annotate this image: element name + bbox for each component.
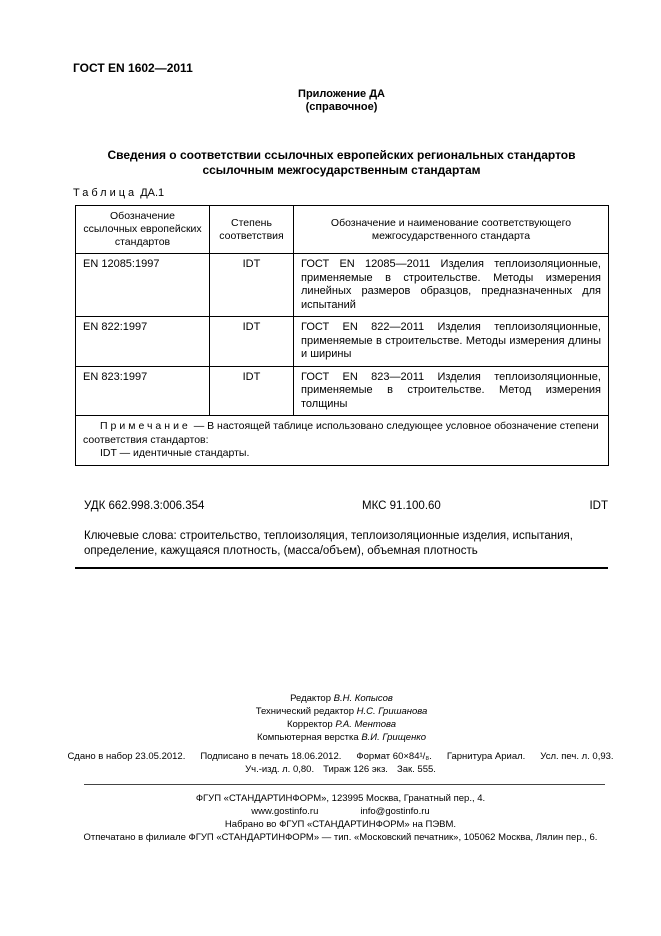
print-info-item: Гарнитура Ариал. bbox=[447, 751, 525, 762]
print-info-line-2: Уч.-изд. л. 0,80. Тираж 126 экз. Зак. 55… bbox=[60, 764, 621, 775]
print-info-item: Подписано в печать 18.06.2012. bbox=[200, 751, 341, 762]
publisher-email: info@gostinfo.ru bbox=[360, 805, 429, 818]
header-gost-standard: Обозначение и наименование соответствующ… bbox=[294, 206, 609, 254]
print-info-item: Формат 60×84¹/₈. bbox=[356, 751, 431, 762]
colophon-staff: Редактор В.Н. Копысов Технический редакт… bbox=[75, 692, 608, 744]
horizontal-rule bbox=[84, 784, 605, 785]
publisher-printed: Отпечатано в филиале ФГУП «СТАНДАРТИНФОР… bbox=[60, 831, 621, 844]
eu-standard-cell: EN 12085:1997 bbox=[76, 254, 210, 317]
eu-standard-cell: EN 823:1997 bbox=[76, 366, 210, 416]
publisher-website: www.gostinfo.ru bbox=[251, 805, 318, 818]
doc-code: ГОСТ EN 1602—2011 bbox=[73, 61, 193, 75]
print-info-line-1: Сдано в набор 23.05.2012. Подписано в пе… bbox=[60, 751, 621, 762]
table-note-cell: Примечание — В настоящей таблице использ… bbox=[76, 416, 609, 466]
correspondence-table: Обозначение ссылочных европейских станда… bbox=[75, 205, 609, 466]
gost-standard-cell: ГОСТ EN 12085—2011 Изделия теплоизоляцио… bbox=[294, 254, 609, 317]
appendix-heading: Приложение ДА (справочное) bbox=[75, 88, 608, 114]
table-label-word: Таблица bbox=[73, 187, 137, 199]
header-degree: Степень соответствия bbox=[210, 206, 294, 254]
gost-standard-cell: ГОСТ EN 822—2011 Изделия теплоизоляционн… bbox=[294, 317, 609, 367]
staff-name: Р.А. Ментова bbox=[335, 719, 396, 730]
staff-line: Компьютерная верстка В.И. Грищенко bbox=[75, 731, 608, 744]
table-row: EN 12085:1997 IDT ГОСТ EN 12085—2011 Изд… bbox=[76, 254, 609, 317]
classification-line: УДК 662.998.3:006.354 МКС 91.100.60 IDT bbox=[84, 500, 608, 512]
mks-code: МКС 91.100.60 bbox=[362, 500, 441, 512]
table-label: Таблица ДА.1 bbox=[73, 187, 164, 199]
degree-cell: IDT bbox=[210, 317, 294, 367]
publisher-block: ФГУП «СТАНДАРТИНФОРМ», 123995 Москва, Гр… bbox=[60, 792, 621, 844]
staff-role: Компьютерная верстка bbox=[257, 732, 359, 743]
print-info-item: Уч.-изд. л. 0,80. bbox=[245, 764, 314, 775]
print-info-item: Тираж 126 экз. bbox=[323, 764, 388, 775]
note-item: IDT — идентичные стандарты. bbox=[83, 447, 601, 461]
degree-cell: IDT bbox=[210, 254, 294, 317]
document-page: ГОСТ EN 1602—2011 Приложение ДА (справоч… bbox=[0, 0, 661, 936]
appendix-title: Приложение ДА bbox=[75, 88, 608, 101]
header-eu-standards: Обозначение ссылочных европейских станда… bbox=[76, 206, 210, 254]
staff-line: Корректор Р.А. Ментова bbox=[75, 718, 608, 731]
idt-degree: IDT bbox=[589, 500, 608, 512]
staff-role: Корректор bbox=[287, 719, 333, 730]
eu-standard-cell: EN 822:1997 bbox=[76, 317, 210, 367]
keywords: Ключевые слова: строительство, теплоизол… bbox=[84, 529, 605, 559]
staff-line: Технический редактор Н.С. Гришанова bbox=[75, 705, 608, 718]
table-label-number: ДА.1 bbox=[140, 187, 164, 199]
table-note-row: Примечание — В настоящей таблице использ… bbox=[76, 416, 609, 466]
staff-role: Технический редактор bbox=[256, 706, 354, 717]
gost-standard-cell: ГОСТ EN 823—2011 Изделия теплоизоляционн… bbox=[294, 366, 609, 416]
publisher-typeset: Набрано во ФГУП «СТАНДАРТИНФОРМ» на ПЭВМ… bbox=[60, 818, 621, 831]
udk-code: УДК 662.998.3:006.354 bbox=[84, 500, 204, 512]
section-title: Сведения о соответствии ссылочных европе… bbox=[75, 148, 608, 178]
degree-cell: IDT bbox=[210, 366, 294, 416]
table-row: EN 822:1997 IDT ГОСТ EN 822—2011 Изделия… bbox=[76, 317, 609, 367]
table-row: EN 823:1997 IDT ГОСТ EN 823—2011 Изделия… bbox=[76, 366, 609, 416]
publisher-address: ФГУП «СТАНДАРТИНФОРМ», 123995 Москва, Гр… bbox=[60, 792, 621, 805]
staff-name: Н.С. Гришанова bbox=[357, 706, 428, 717]
staff-name: В.Н. Копысов bbox=[334, 693, 393, 704]
staff-name: В.И. Грищенко bbox=[361, 732, 426, 743]
publisher-contacts: www.gostinfo.ru info@gostinfo.ru bbox=[60, 805, 621, 818]
print-info-item: Зак. 555. bbox=[397, 764, 436, 775]
appendix-subtitle: (справочное) bbox=[75, 101, 608, 114]
note-paragraph: Примечание — В настоящей таблице использ… bbox=[83, 420, 601, 447]
horizontal-rule bbox=[75, 567, 608, 569]
print-info-item: Сдано в набор 23.05.2012. bbox=[67, 751, 185, 762]
print-info-item: Усл. печ. л. 0,93. bbox=[540, 751, 613, 762]
table-header-row: Обозначение ссылочных европейских станда… bbox=[76, 206, 609, 254]
note-label: Примечание bbox=[100, 420, 191, 432]
staff-line: Редактор В.Н. Копысов bbox=[75, 692, 608, 705]
staff-role: Редактор bbox=[290, 693, 331, 704]
